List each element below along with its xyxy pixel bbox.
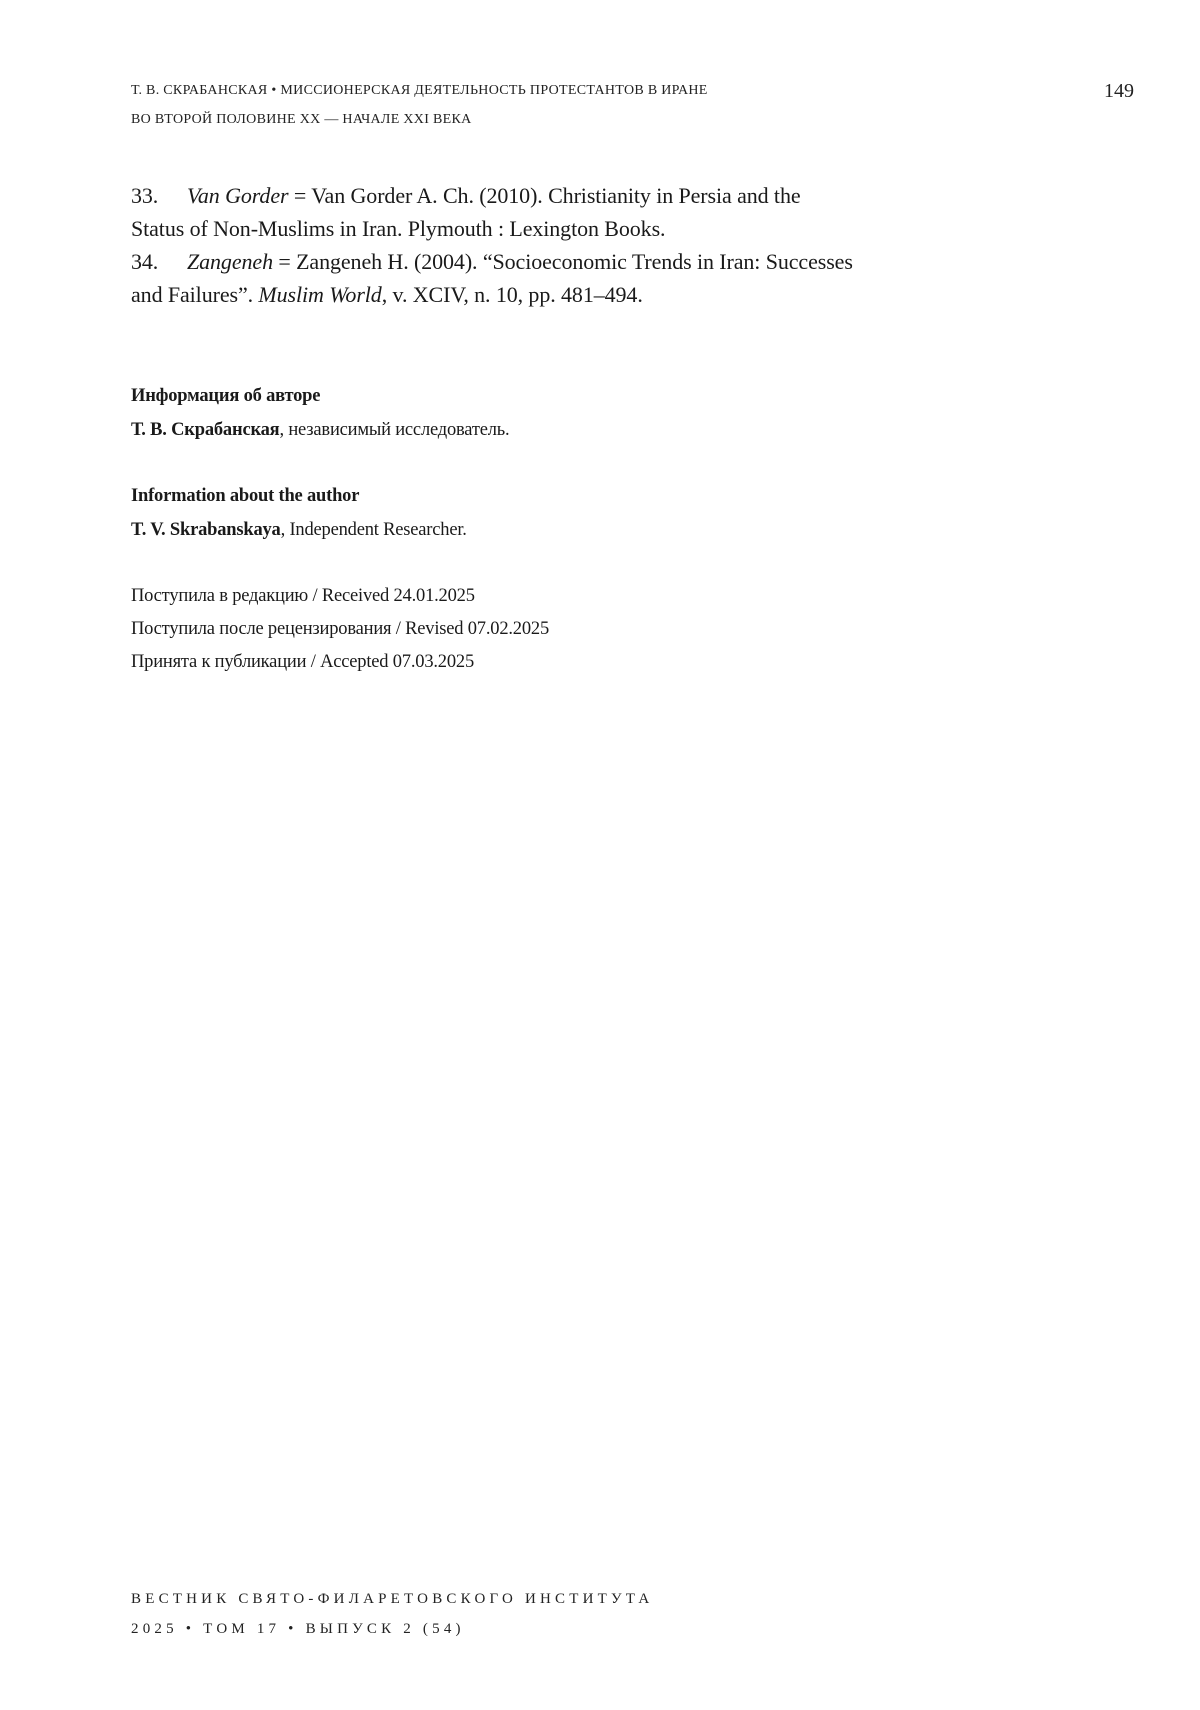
author-description: , независимый исследователь. xyxy=(280,420,510,440)
reference-text: and Failures”. xyxy=(131,282,258,307)
footer-issue: 2025 • ТОМ 17 • ВЫПУСК 2 (54) xyxy=(131,1621,465,1638)
author-info-heading-en: Information about the author xyxy=(131,486,359,507)
author-info-heading-ru: Информация об авторе xyxy=(131,386,320,407)
running-head-title: МИССИОНЕРСКАЯ ДЕЯТЕЛЬНОСТЬ ПРОТЕСТАНТОВ … xyxy=(280,83,707,98)
reference-text: Van Gorder A. Ch. (2010). Christianity i… xyxy=(311,183,800,208)
running-head-line-2: ВО ВТОРОЙ ПОЛОВИНЕ XX — НАЧАЛЕ XXI ВЕКА xyxy=(131,112,472,128)
date-accepted: Принята к публикации / Accepted 07.03.20… xyxy=(131,652,474,673)
reference-short-title: Van Gorder xyxy=(187,183,288,208)
reference-equals: = xyxy=(273,249,296,274)
reference-equals: = xyxy=(288,183,311,208)
reference-34-line-1: 34.Zangeneh = Zangeneh H. (2004). “Socio… xyxy=(131,249,853,275)
footer-journal-name: ВЕСТНИК СВЯТО-ФИЛАРЕТОВСКОГО ИНСТИТУТА xyxy=(131,1591,653,1608)
reference-33-line-1: 33.Van Gorder = Van Gorder A. Ch. (2010)… xyxy=(131,183,801,209)
reference-text: Zangeneh H. (2004). “Socioeconomic Trend… xyxy=(296,249,853,274)
reference-number: 34. xyxy=(131,249,187,275)
heading-text: Информация об авторе xyxy=(131,386,320,406)
date-received: Поступила в редакцию / Received 24.01.20… xyxy=(131,586,475,607)
running-head-line-1: Т. В. СКРАБАНСКАЯ • МИССИОНЕРСКАЯ ДЕЯТЕЛ… xyxy=(131,83,708,99)
author-description: , Independent Researcher. xyxy=(281,520,467,540)
running-head-author: Т. В. СКРАБАНСКАЯ xyxy=(131,83,268,98)
date-revised: Поступила после рецензирования / Revised… xyxy=(131,619,549,640)
author-info-en: T. V. Skrabanskaya, Independent Research… xyxy=(131,520,467,541)
reference-short-title: Zangeneh xyxy=(187,249,273,274)
reference-text: , v. XCIV, n. 10, pp. 481–494. xyxy=(382,282,643,307)
heading-text: Information about the author xyxy=(131,486,359,506)
separator-bullet: • xyxy=(271,83,276,98)
page-number: 149 xyxy=(1104,80,1134,103)
reference-34-line-2: and Failures”. Muslim World, v. XCIV, n.… xyxy=(131,282,643,308)
author-name: Т. В. Скрабанская xyxy=(131,420,280,440)
journal-title: Muslim World xyxy=(258,282,381,307)
reference-number: 33. xyxy=(131,183,187,209)
reference-33-line-2: Status of Non-Muslims in Iran. Plymouth … xyxy=(131,216,665,242)
reference-text: Status of Non-Muslims in Iran. Plymouth … xyxy=(131,216,665,241)
author-info-ru: Т. В. Скрабанская, независимый исследова… xyxy=(131,420,509,441)
author-name: T. V. Skrabanskaya xyxy=(131,520,281,540)
